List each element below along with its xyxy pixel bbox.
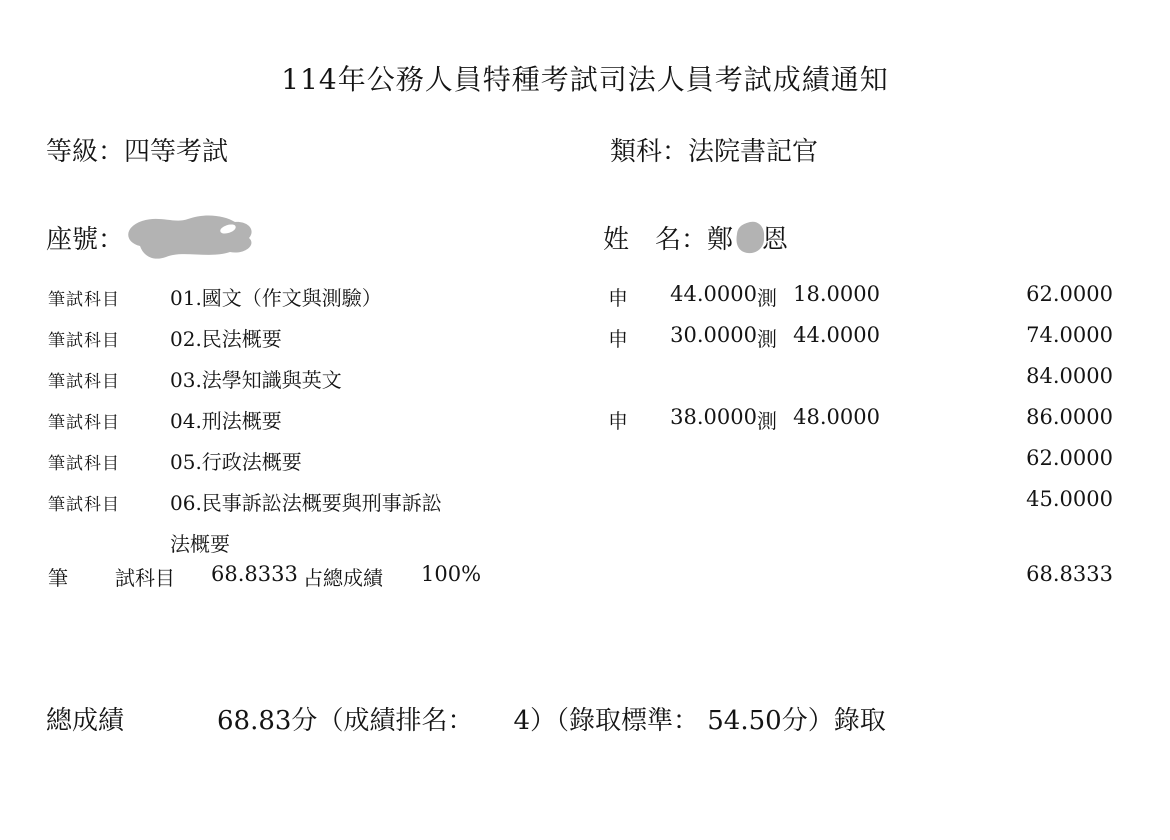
subject-row-label: 筆試科目 <box>48 367 120 392</box>
subject-row-4: 筆試科目 04.刑法概要 申 38.0000 測 48.0000 86.0000 <box>0 405 1170 437</box>
seat-number-redaction-blob <box>122 212 260 270</box>
summary-prefix: 筆 <box>48 562 68 591</box>
subject-row-3: 筆試科目 03.法學知識與英文 84.0000 <box>0 364 1170 396</box>
summary-label: 試科目 <box>115 562 175 591</box>
total-score-label: 總成績 <box>46 700 124 737</box>
exam-category-value: 法院書記官 <box>688 137 818 167</box>
subject-total-score: 62.0000 <box>1026 446 1113 470</box>
subject-total-score: 45.0000 <box>1026 487 1113 511</box>
subject-row-1: 筆試科目 01.國文（作文與測驗） 申 44.0000 測 18.0000 62… <box>0 282 1170 314</box>
subject-title-continued: 法概要 <box>170 528 230 557</box>
exam-category: 類科：法院書記官 <box>610 131 818 168</box>
total-score-value: 68.83分（成績排名：4）（錄取標準： 54.50分）錄取 <box>217 700 886 737</box>
admission-result: 錄取 <box>834 706 886 736</box>
essay-score: 38.0000 <box>670 405 757 429</box>
subject-row-6-continuation: 法概要 <box>0 528 1170 560</box>
essay-score: 44.0000 <box>670 282 757 306</box>
exam-level: 等級：四等考試 <box>46 131 228 168</box>
subject-row-label: 筆試科目 <box>48 326 120 351</box>
subject-row-label: 筆試科目 <box>48 490 120 515</box>
subject-row-label: 筆試科目 <box>48 449 120 474</box>
rank-label: （成績排名： <box>317 706 473 736</box>
weight-label: 占總成績 <box>303 562 383 591</box>
written-average-score: 68.8333 <box>1026 562 1113 586</box>
subject-row-6: 筆試科目 06.民事訴訟法概要與刑事訴訟 45.0000 <box>0 487 1170 519</box>
test-score: 18.0000 <box>793 282 880 306</box>
seat-number-line: 座號： <box>46 219 124 256</box>
subject-title: 06.民事訴訟法概要與刑事訴訟 <box>170 487 442 516</box>
name-last-char: 恩 <box>762 225 788 255</box>
test-score: 48.0000 <box>793 405 880 429</box>
written-exam-summary-row: 筆 試科目 68.8333 占總成績 100% 68.8333 <box>0 562 1170 594</box>
subject-row-2: 筆試科目 02.民法概要 申 30.0000 測 44.0000 74.0000 <box>0 323 1170 355</box>
essay-label: 申 <box>608 282 628 311</box>
subject-row-label: 筆試科目 <box>48 408 120 433</box>
test-score: 44.0000 <box>793 323 880 347</box>
test-label: 測 <box>757 323 777 352</box>
subject-title: 05.行政法概要 <box>170 446 302 475</box>
weight-percentage: 100% <box>421 562 481 586</box>
essay-label: 申 <box>608 405 628 434</box>
subject-row-5: 筆試科目 05.行政法概要 62.0000 <box>0 446 1170 478</box>
subject-title: 01.國文（作文與測驗） <box>170 282 382 311</box>
cutoff-text: （錄取標準： 54.50分） <box>556 706 834 736</box>
name-label: 姓 名： <box>603 225 707 255</box>
test-label: 測 <box>757 405 777 434</box>
total-score-number: 68.83分 <box>217 706 317 736</box>
subject-total-score: 84.0000 <box>1026 364 1113 388</box>
subject-total-score: 86.0000 <box>1026 405 1113 429</box>
subject-title: 04.刑法概要 <box>170 405 282 434</box>
subject-row-label: 筆試科目 <box>48 285 120 310</box>
subject-title: 02.民法概要 <box>170 323 282 352</box>
subject-total-score: 74.0000 <box>1026 323 1113 347</box>
name-first-char: 鄭 <box>707 225 733 255</box>
essay-label: 申 <box>608 323 628 352</box>
exam-level-value: 四等考試 <box>124 137 228 167</box>
name-line: 姓 名：鄭恩 <box>603 219 788 256</box>
written-average: 68.8333 <box>211 562 298 586</box>
name-redaction-blob <box>735 221 765 254</box>
subject-title: 03.法學知識與英文 <box>170 364 342 393</box>
subject-total-score: 62.0000 <box>1026 282 1113 306</box>
test-label: 測 <box>757 282 777 311</box>
exam-category-label: 類科： <box>610 137 688 167</box>
seat-number-label: 座號： <box>46 225 124 255</box>
essay-score: 30.0000 <box>670 323 757 347</box>
rank-value: 4） <box>513 706 556 736</box>
page-title: 114年公務人員特種考試司法人員考試成績通知 <box>0 58 1170 98</box>
exam-level-label: 等級： <box>46 137 124 167</box>
score-notice-document: 114年公務人員特種考試司法人員考試成績通知 等級：四等考試 類科：法院書記官 … <box>0 0 1170 840</box>
